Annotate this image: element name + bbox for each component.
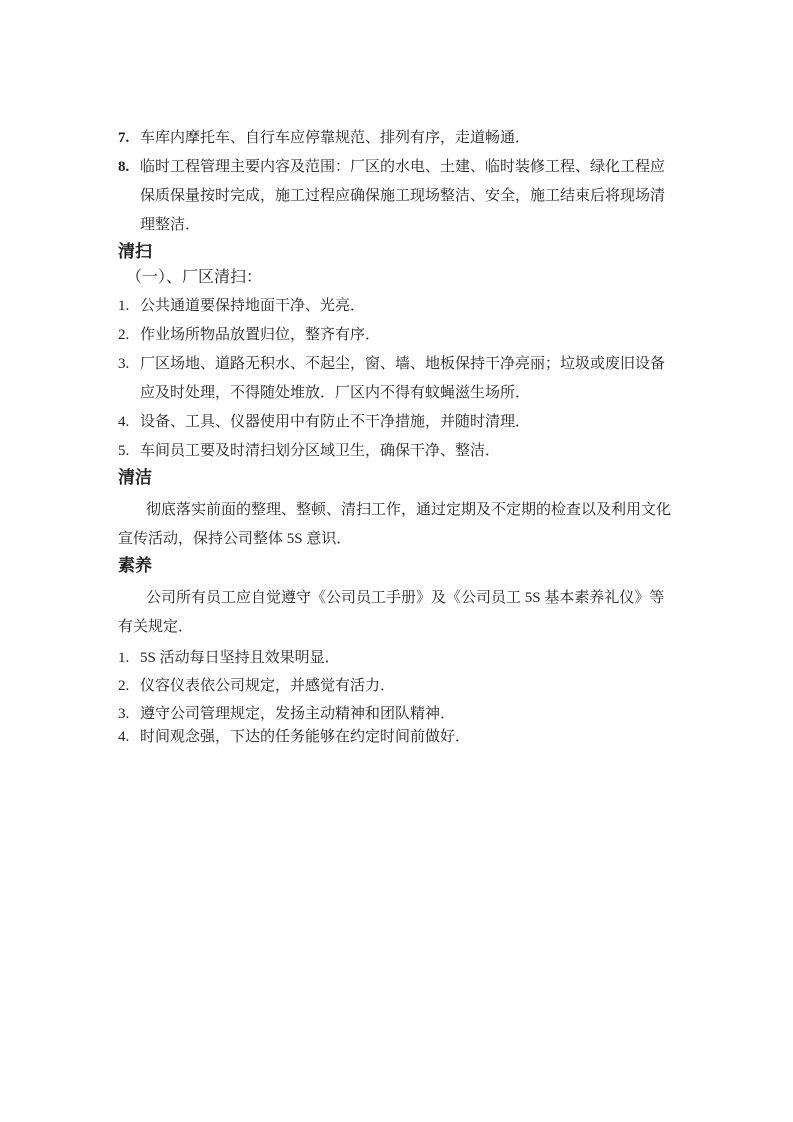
list-item: 2. 作业场所物品放置归位，整齐有序．: [118, 321, 676, 350]
item-number: 4.: [118, 408, 140, 437]
item-number: 3.: [118, 350, 140, 379]
section-heading-suyang: 素养: [118, 554, 676, 578]
list-item: 8. 临时工程管理主要内容及范围：厂区的水电、土建、临时装修工程、绿化工程应保质…: [118, 153, 676, 240]
qingsao-list: 1. 公共通道要保持地面干净、光亮． 2. 作业场所物品放置归位，整齐有序． 3…: [118, 292, 676, 466]
item-number: 7.: [118, 124, 140, 153]
item-text: 公共通道要保持地面干净、光亮．: [140, 292, 676, 321]
item-text: 设备、工具、仪器使用中有防止不干净措施，并随时清理．: [140, 408, 676, 437]
list-item: 4. 时间观念强，下达的任务能够在约定时间前做好．: [118, 723, 676, 751]
item-number: 1.: [118, 644, 140, 672]
item-text: 时间观念强，下达的任务能够在约定时间前做好．: [140, 723, 676, 751]
section-paragraph-suyang: 公司所有员工应自觉遵守《公司员工手册》及《公司员工 5S 基本素养礼仪》等有关规…: [118, 584, 676, 642]
section-heading-qingjie: 清洁: [118, 466, 676, 490]
item-text: 仪容仪表依公司规定，并感觉有活力．: [140, 672, 676, 700]
item-number: 2.: [118, 321, 140, 350]
item-number: 1.: [118, 292, 140, 321]
item-number: 2.: [118, 672, 140, 700]
item-text: 车库内摩托车、自行车应停靠规范、排列有序，走道畅通．: [140, 124, 676, 153]
item-text: 临时工程管理主要内容及范围：厂区的水电、土建、临时装修工程、绿化工程应保质保量按…: [140, 153, 676, 240]
list-item: 7. 车库内摩托车、自行车应停靠规范、排列有序，走道畅通．: [118, 124, 676, 153]
list-item: 1. 公共通道要保持地面干净、光亮．: [118, 292, 676, 321]
item-text: 作业场所物品放置归位，整齐有序．: [140, 321, 676, 350]
document-content: 7. 车库内摩托车、自行车应停靠规范、排列有序，走道畅通． 8. 临时工程管理主…: [118, 124, 676, 751]
item-text: 厂区场地、道路无积水、不起尘，窗、墙、地板保持干净亮丽；垃圾或废旧设备应及时处理…: [140, 350, 676, 408]
section-paragraph-qingjie: 彻底落实前面的整理、整顿、清扫工作，通过定期及不定期的检查以及利用文化宣传活动，…: [118, 496, 676, 554]
item-text: 车间员工要及时清扫划分区域卫生，确保干净、整洁．: [140, 437, 676, 466]
section-heading-qingsao: 清扫: [118, 240, 676, 264]
intro-list: 7. 车库内摩托车、自行车应停靠规范、排列有序，走道畅通． 8. 临时工程管理主…: [118, 124, 676, 240]
list-item: 3. 厂区场地、道路无积水、不起尘，窗、墙、地板保持干净亮丽；垃圾或废旧设备应及…: [118, 350, 676, 408]
suyang-list: 1. 5S 活动每日坚持且效果明显． 2. 仪容仪表依公司规定，并感觉有活力． …: [118, 644, 676, 751]
item-number: 4.: [118, 723, 140, 751]
list-item: 2. 仪容仪表依公司规定，并感觉有活力．: [118, 672, 676, 700]
list-item: 1. 5S 活动每日坚持且效果明显．: [118, 644, 676, 672]
item-text: 5S 活动每日坚持且效果明显．: [140, 644, 676, 672]
list-item: 4. 设备、工具、仪器使用中有防止不干净措施，并随时清理．: [118, 408, 676, 437]
section-subheading-qingsao: （一）、厂区清扫：: [118, 264, 676, 292]
item-number: 5.: [118, 437, 140, 466]
list-item: 5. 车间员工要及时清扫划分区域卫生，确保干净、整洁．: [118, 437, 676, 466]
document-page: 7. 车库内摩托车、自行车应停靠规范、排列有序，走道畅通． 8. 临时工程管理主…: [0, 0, 793, 1122]
item-number: 8.: [118, 153, 140, 182]
